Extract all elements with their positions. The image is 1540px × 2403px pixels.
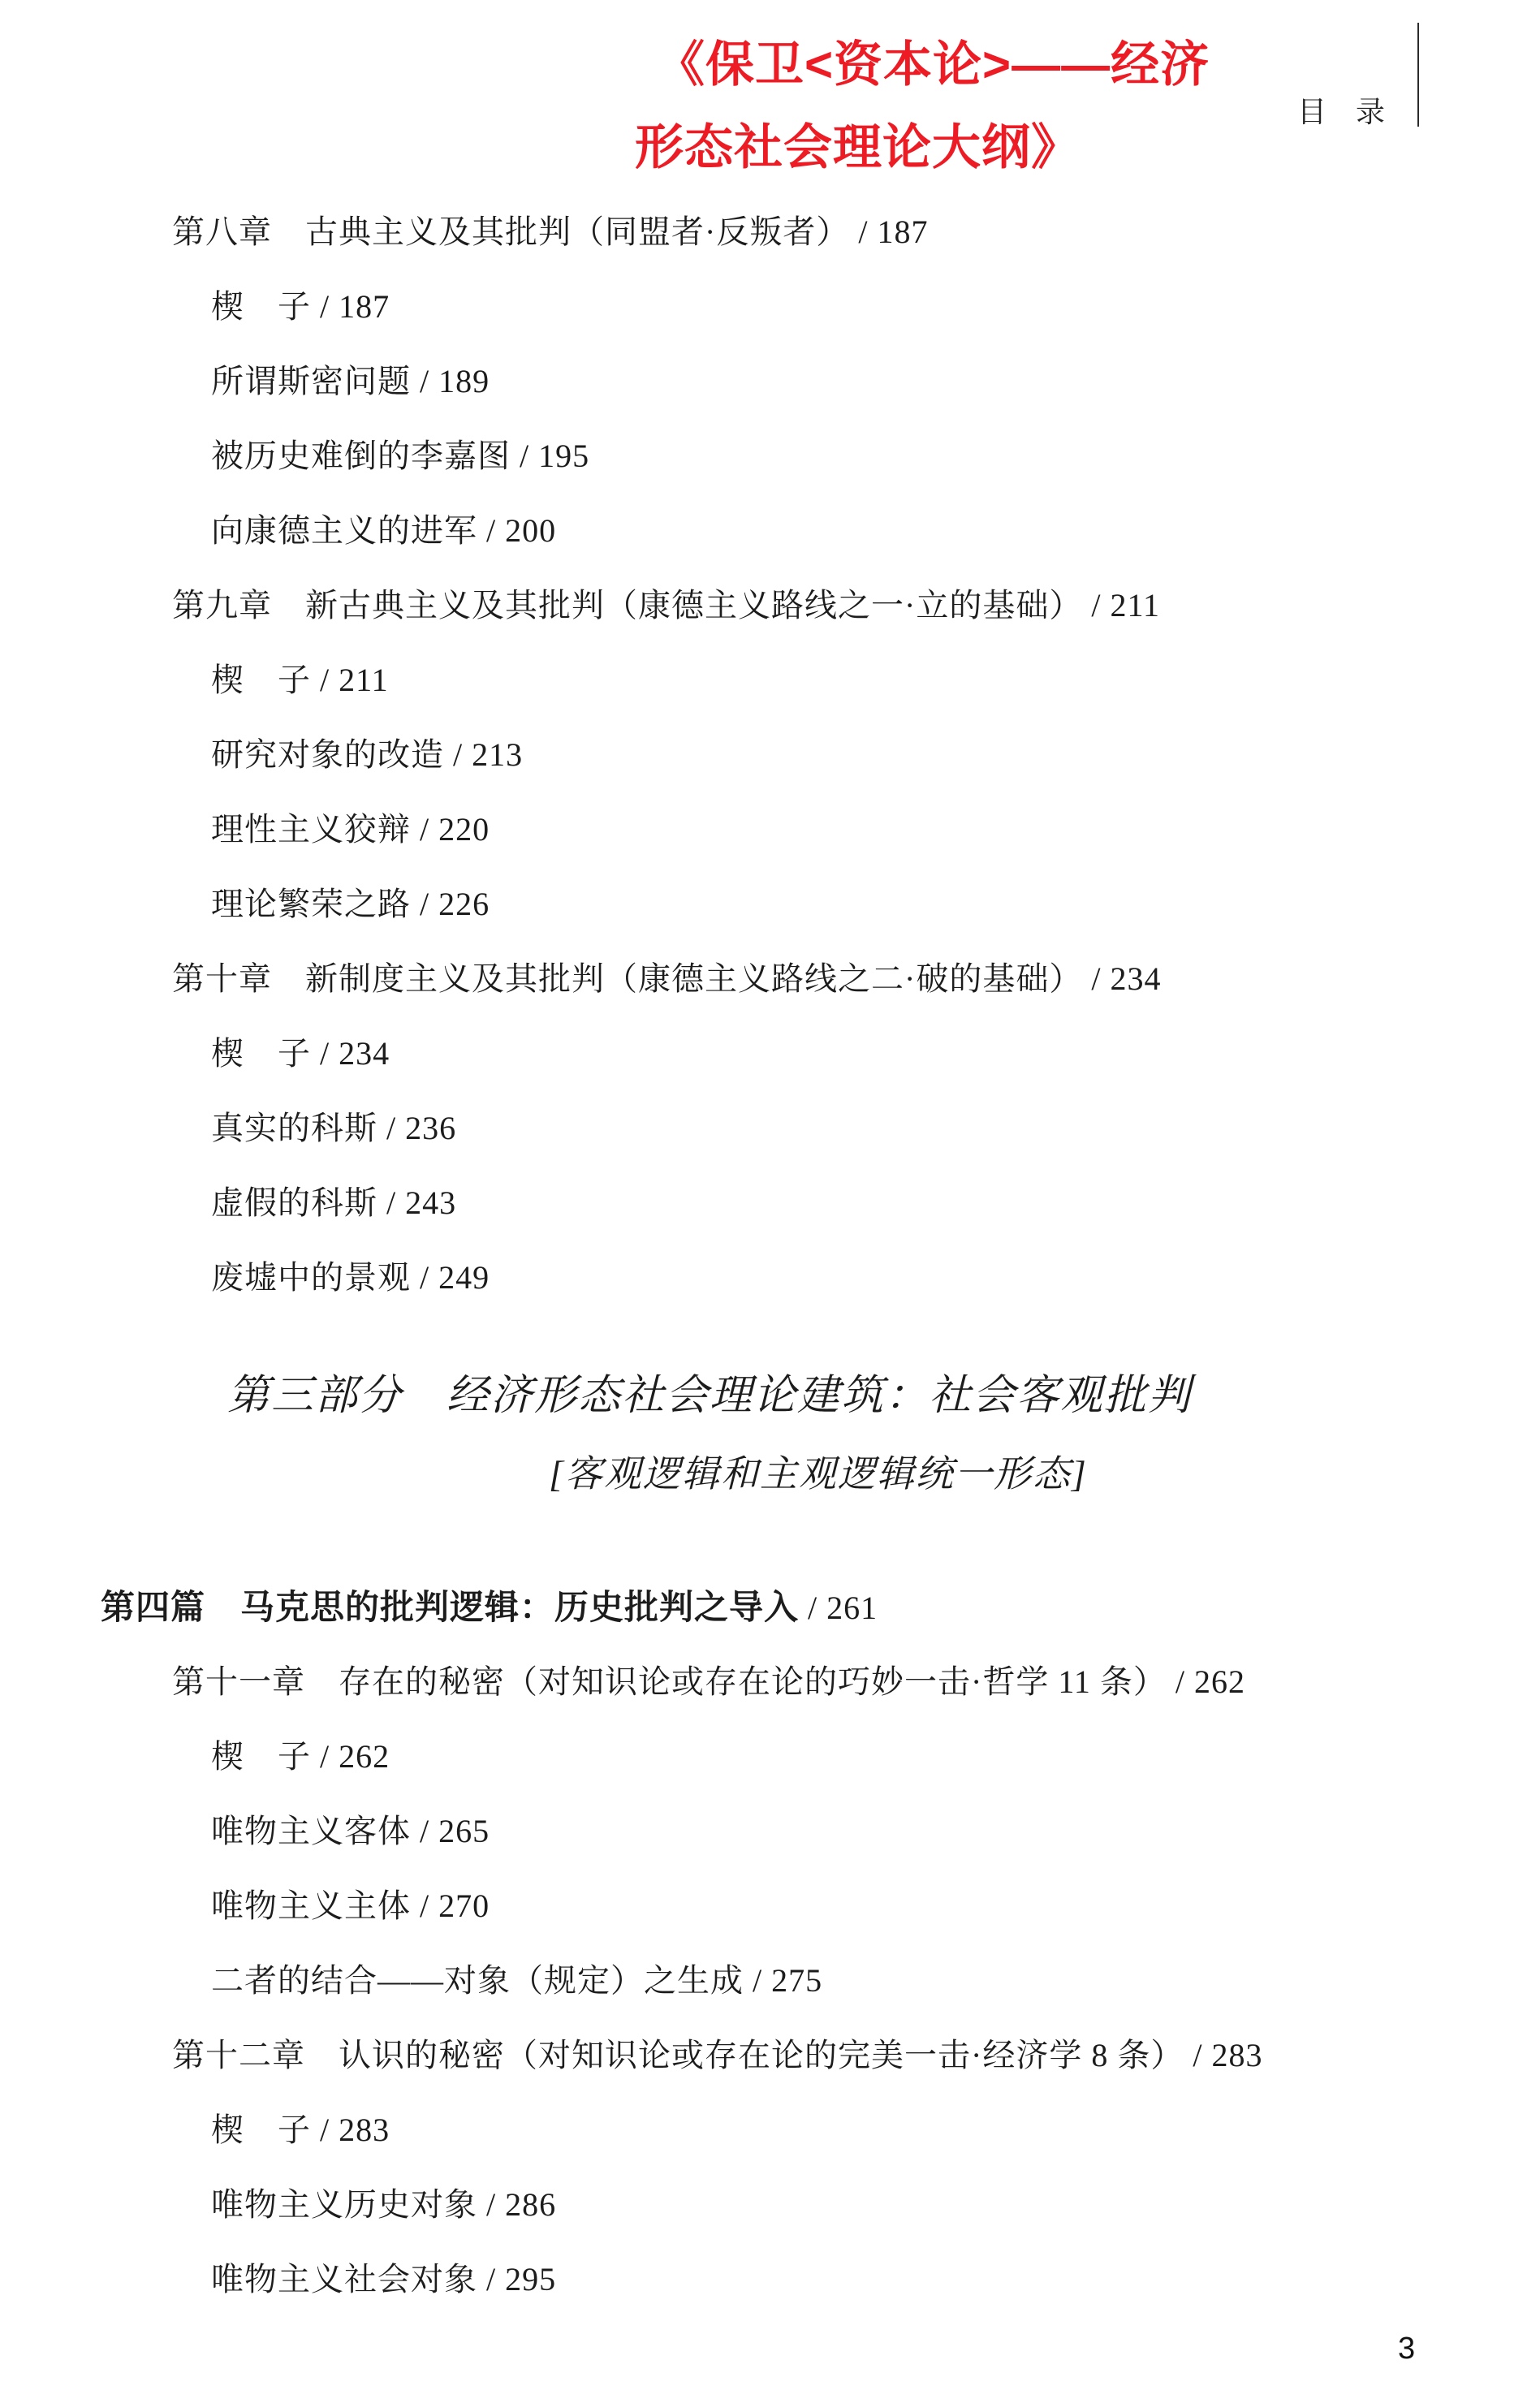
- toc-entry-separator: /: [311, 662, 339, 698]
- toc-entry-separator: /: [744, 1962, 771, 1999]
- toc-entry-title: 唯物主义客体: [211, 1813, 411, 1849]
- toc-entry-separator: /: [477, 2186, 505, 2223]
- toc-entry-separator: /: [849, 214, 877, 250]
- toc-entry: 唯物主义历史对象 / 286: [0, 2168, 1540, 2242]
- toc-entry-title: 第十一章 存在的秘密（对知识论或存在论的巧妙一击·哲学 11 条）: [172, 1663, 1167, 1700]
- toc-entry-separator: /: [411, 1259, 438, 1296]
- toc-entry-title: 第三部分 经济形态社会理论建筑：社会客观批判: [227, 1373, 1192, 1419]
- toc-entry-title: 第九章 新古典主义及其批判（康德主义路线之一·立的基础）: [172, 587, 1082, 623]
- toc-entry: 楔 子 / 187: [0, 270, 1540, 344]
- toc-entry: 理性主义狡辩 / 220: [0, 792, 1540, 867]
- toc-entry: 第九章 新古典主义及其批判（康德主义路线之一·立的基础） / 211: [0, 568, 1540, 643]
- header-divider: [1417, 23, 1419, 127]
- toc-entry-page: 211: [339, 662, 389, 698]
- toc-entry-separator: /: [1184, 2037, 1211, 2073]
- toc-entry-page: 262: [339, 1738, 390, 1775]
- toc-entry-page: 195: [538, 438, 589, 474]
- toc-entry-separator: /: [477, 2261, 505, 2297]
- toc-entry-separator: /: [411, 886, 438, 922]
- toc-entry-title: 唯物主义社会对象: [211, 2261, 477, 2297]
- toc-entry: 虚假的科斯 / 243: [0, 1166, 1540, 1240]
- toc-entry-title: 第四篇 马克思的批判逻辑：历史批判之导入: [101, 1588, 799, 1626]
- toc-entry: 向康德主义的进军 / 200: [0, 494, 1540, 568]
- toc-entry-page: 211: [1110, 587, 1160, 623]
- toc-entry-page: 262: [1194, 1663, 1245, 1700]
- toc-entry: 第十一章 存在的秘密（对知识论或存在论的巧妙一击·哲学 11 条） / 262: [0, 1645, 1540, 1719]
- toc-entry-separator: /: [311, 1035, 339, 1072]
- toc-list: 第八章 古典主义及其批判（同盟者·反叛者） / 187楔 子 / 187所谓斯密…: [0, 195, 1540, 2317]
- toc-entry-page: 249: [438, 1259, 490, 1296]
- toc-entry: 第四篇 马克思的批判逻辑：历史批判之导入 / 261: [0, 1570, 1540, 1645]
- toc-entry-title: 研究对象的改造: [211, 736, 444, 773]
- toc-entry-title: 第十二章 认识的秘密（对知识论或存在论的完美一击·经济学 8 条）: [172, 2037, 1184, 2073]
- toc-entry-page: 200: [505, 512, 556, 549]
- toc-page: 《保卫<资本论>——经济 形态社会理论大纲》 目 录 第八章 古典主义及其批判（…: [0, 0, 1540, 2403]
- toc-entry-title: [客观逻辑和主观逻辑统一形态]: [549, 1453, 1088, 1495]
- toc-entry-page: 283: [339, 2112, 390, 2148]
- toc-entry-page: 236: [405, 1110, 456, 1146]
- toc-entry: 唯物主义主体 / 270: [0, 1869, 1540, 1944]
- toc-entry-page: 270: [438, 1887, 490, 1924]
- toc-entry-title: 被历史难倒的李嘉图: [211, 438, 511, 474]
- toc-entry-page: 220: [438, 811, 490, 848]
- toc-entry: 楔 子 / 262: [0, 1719, 1540, 1794]
- toc-entry-title: 真实的科斯: [211, 1110, 377, 1146]
- toc-entry: 理论繁荣之路 / 226: [0, 867, 1540, 942]
- toc-entry-page: 283: [1211, 2037, 1262, 2073]
- toc-entry-title: 理性主义狡辩: [211, 811, 411, 848]
- toc-entry-page: 226: [438, 886, 490, 922]
- toc-entry-separator: /: [444, 736, 472, 773]
- toc-entry-title: 二者的结合——对象（规定）之生成: [211, 1962, 744, 1999]
- toc-entry-separator: /: [511, 438, 538, 474]
- toc-entry-separator: /: [799, 1590, 826, 1626]
- toc-entry: 第三部分 经济形态社会理论建筑：社会客观批判: [0, 1356, 1540, 1437]
- toc-entry: 楔 子 / 211: [0, 643, 1540, 718]
- toc-entry-title: 楔 子: [211, 1738, 311, 1775]
- toc-entry: 废墟中的景观 / 249: [0, 1240, 1540, 1315]
- toc-entry-page: 234: [1110, 960, 1161, 997]
- toc-entry-title: 楔 子: [211, 662, 311, 698]
- toc-entry: 第十二章 认识的秘密（对知识论或存在论的完美一击·经济学 8 条） / 283: [0, 2018, 1540, 2093]
- toc-entry-title: 理论繁荣之路: [211, 886, 411, 922]
- toc-entry: 研究对象的改造 / 213: [0, 718, 1540, 792]
- toc-entry-separator: /: [1082, 587, 1110, 623]
- toc-entry-separator: /: [311, 2112, 339, 2148]
- toc-entry-separator: /: [411, 1813, 438, 1849]
- toc-entry-title: 唯物主义主体: [211, 1887, 411, 1924]
- toc-entry-page: 243: [405, 1184, 456, 1221]
- toc-entry-page: 265: [438, 1813, 490, 1849]
- toc-entry: 被历史难倒的李嘉图 / 195: [0, 419, 1540, 494]
- toc-entry: 唯物主义客体 / 265: [0, 1794, 1540, 1869]
- toc-entry-separator: /: [311, 288, 339, 325]
- toc-entry-title: 第八章 古典主义及其批判（同盟者·反叛者）: [172, 214, 849, 250]
- toc-entry: 所谓斯密问题 / 189: [0, 344, 1540, 419]
- toc-entry: 楔 子 / 234: [0, 1016, 1540, 1091]
- toc-entry: 二者的结合——对象（规定）之生成 / 275: [0, 1944, 1540, 2018]
- book-title-line1: 《保卫<资本论>——经济: [656, 41, 1210, 89]
- toc-entry-separator: /: [377, 1184, 405, 1221]
- toc-entry-page: 187: [877, 214, 928, 250]
- toc-entry: 第十章 新制度主义及其批判（康德主义路线之二·破的基础） / 234: [0, 942, 1540, 1016]
- toc-entry-separator: /: [411, 363, 438, 399]
- toc-entry-separator: /: [1167, 1663, 1194, 1700]
- toc-entry-page: 275: [771, 1962, 822, 1999]
- toc-entry-page: 286: [505, 2186, 556, 2223]
- toc-entry-page: 187: [339, 288, 390, 325]
- toc-entry: 真实的科斯 / 236: [0, 1091, 1540, 1166]
- toc-entry-page: 261: [826, 1590, 878, 1626]
- book-title-line2: 形态社会理论大纲》: [635, 123, 1081, 172]
- toc-entry-separator: /: [1082, 960, 1110, 997]
- toc-entry-separator: /: [411, 811, 438, 848]
- toc-entry-separator: /: [477, 512, 505, 549]
- toc-entry-separator: /: [377, 1110, 405, 1146]
- toc-entry-page: 295: [505, 2261, 556, 2297]
- toc-entry-separator: /: [411, 1887, 438, 1924]
- toc-entry: [客观逻辑和主观逻辑统一形态]: [0, 1437, 1540, 1512]
- toc-entry-page: 189: [438, 363, 490, 399]
- toc-entry-separator: /: [311, 1738, 339, 1775]
- toc-entry: 楔 子 / 283: [0, 2093, 1540, 2168]
- toc-entry-page: 213: [472, 736, 523, 773]
- toc-entry-title: 虚假的科斯: [211, 1184, 377, 1221]
- toc-header-label: 目 录: [1297, 89, 1385, 131]
- toc-entry-page: 234: [339, 1035, 390, 1072]
- page-number: 3: [1398, 2332, 1415, 2366]
- toc-entry-title: 楔 子: [211, 1035, 311, 1072]
- toc-entry: 唯物主义社会对象 / 295: [0, 2242, 1540, 2317]
- toc-entry-title: 向康德主义的进军: [211, 512, 477, 549]
- toc-entry-title: 第十章 新制度主义及其批判（康德主义路线之二·破的基础）: [172, 960, 1082, 997]
- toc-entry-title: 所谓斯密问题: [211, 363, 411, 399]
- toc-entry-title: 唯物主义历史对象: [211, 2186, 477, 2223]
- toc-entry-title: 废墟中的景观: [211, 1259, 411, 1296]
- toc-entry: 第八章 古典主义及其批判（同盟者·反叛者） / 187: [0, 195, 1540, 270]
- toc-entry-title: 楔 子: [211, 2112, 311, 2148]
- toc-entry-title: 楔 子: [211, 288, 311, 325]
